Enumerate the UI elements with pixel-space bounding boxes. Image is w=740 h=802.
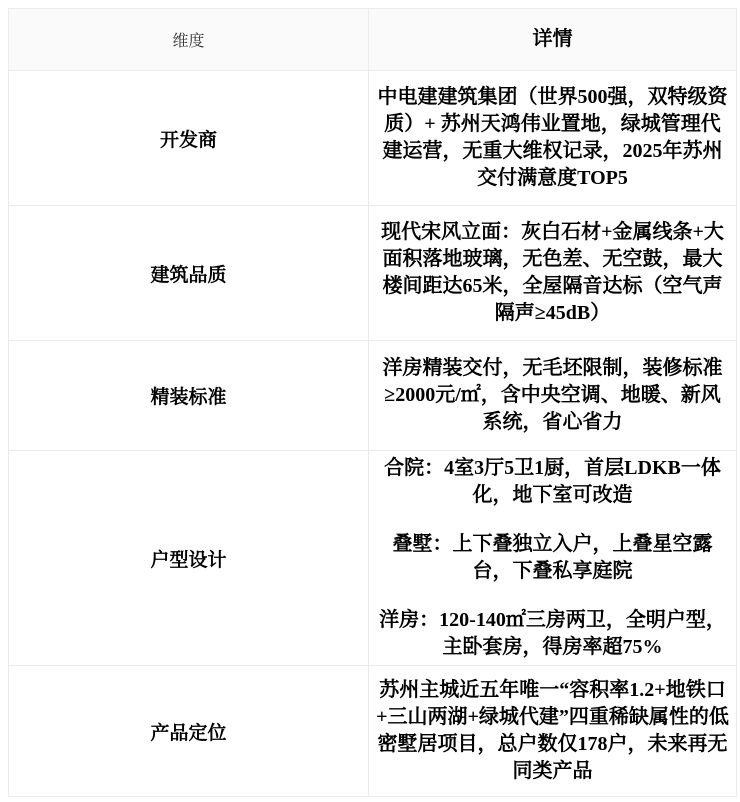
row-detail-cell: 洋房精装交付，无毛坯限制，装修标准≥2000元/㎡，含中央空调、地暖、新风系统，… <box>369 341 736 450</box>
row-detail-text: 苏州主城近五年唯一“容积率1.2+地铁口+三山两湖+绿城代建”四重稀缺属性的低密… <box>375 677 730 785</box>
column-header-dimension: 维度 <box>9 9 369 70</box>
row-detail-text-flats: 洋房：120-140㎡三房两卫，全明户型，主卧套房，得房率超75% <box>375 607 730 661</box>
comparison-table: 维度 详情 开发商 中电建建筑集团（世界500强，双特级资质）+ 苏州天鸿伟业置… <box>8 8 737 797</box>
table-row-build-quality: 建筑品质 现代宋风立面：灰白石材+金属线条+大面积落地玻璃，无色差、无空鼓，最大… <box>9 205 736 340</box>
row-detail-text: 洋房精装交付，无毛坯限制，装修标准≥2000元/㎡，含中央空调、地暖、新风系统，… <box>375 355 730 436</box>
row-detail-text-stacked-villa: 叠墅：上下叠独立入户，上叠星空露台，下叠私享庭院 <box>375 531 730 585</box>
table-row-developer: 开发商 中电建建筑集团（世界500强，双特级资质）+ 苏州天鸿伟业置地，绿城管理… <box>9 70 736 205</box>
row-detail-cell: 现代宋风立面：灰白石材+金属线条+大面积落地玻璃，无色差、无空鼓，最大楼间距达6… <box>369 206 736 340</box>
table-row-product-positioning: 产品定位 苏州主城近五年唯一“容积率1.2+地铁口+三山两湖+绿城代建”四重稀缺… <box>9 665 736 796</box>
row-detail-cell: 苏州主城近五年唯一“容积率1.2+地铁口+三山两湖+绿城代建”四重稀缺属性的低密… <box>369 666 736 796</box>
table-row-floorplan-design: 户型设计 合院：4室3厅5卫1厨，首层LDKB一体化，地下室可改造 叠墅：上下叠… <box>9 450 736 665</box>
row-detail-cell: 合院：4室3厅5卫1厨，首层LDKB一体化，地下室可改造 叠墅：上下叠独立入户，… <box>369 451 736 665</box>
row-detail-text-courtyard: 合院：4室3厅5卫1厨，首层LDKB一体化，地下室可改造 <box>375 455 730 509</box>
row-label-developer: 开发商 <box>9 71 369 205</box>
row-label-floorplan-design: 户型设计 <box>9 451 369 665</box>
column-header-detail-label: 详情 <box>533 26 573 53</box>
row-label-build-quality: 建筑品质 <box>9 206 369 340</box>
row-label-finishing-standard: 精装标准 <box>9 341 369 450</box>
row-detail-cell: 中电建建筑集团（世界500强，双特级资质）+ 苏州天鸿伟业置地，绿城管理代建运营… <box>369 71 736 205</box>
table-header-row: 维度 详情 <box>9 9 736 70</box>
table-row-finishing-standard: 精装标准 洋房精装交付，无毛坯限制，装修标准≥2000元/㎡，含中央空调、地暖、… <box>9 340 736 450</box>
row-detail-text: 现代宋风立面：灰白石材+金属线条+大面积落地玻璃，无色差、无空鼓，最大楼间距达6… <box>375 219 730 327</box>
row-label-product-positioning: 产品定位 <box>9 666 369 796</box>
row-detail-text: 中电建建筑集团（世界500强，双特级资质）+ 苏州天鸿伟业置地，绿城管理代建运营… <box>375 84 730 192</box>
column-header-detail: 详情 <box>369 9 736 70</box>
